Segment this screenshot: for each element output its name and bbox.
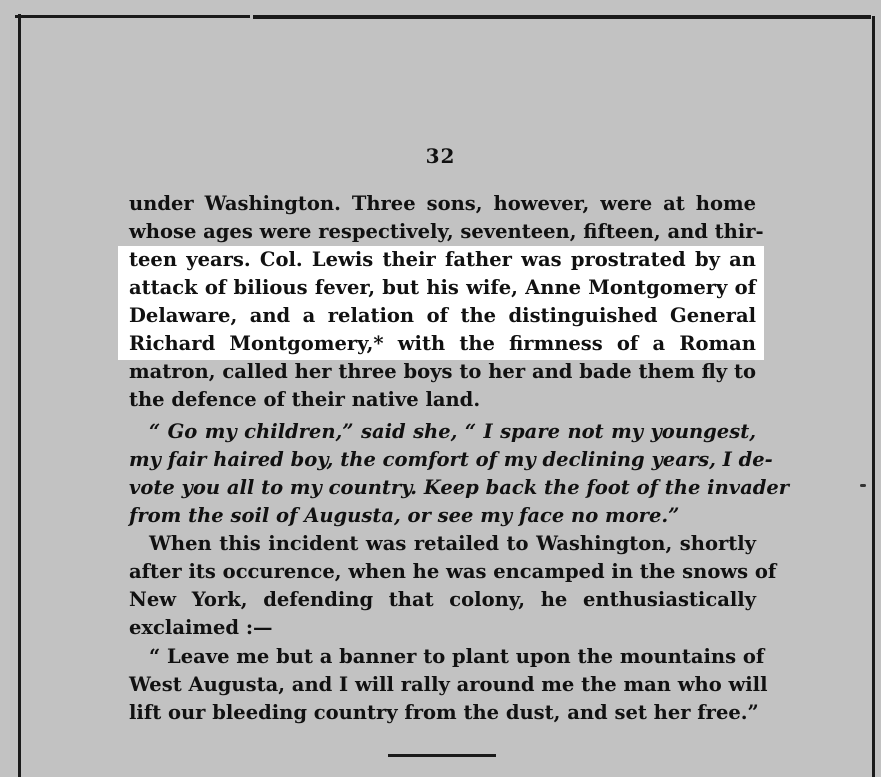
top-rule-right-segment [253,15,871,19]
end-rule [388,754,496,757]
paragraph-1: under Washington. Three sons, however, w… [129,190,756,414]
text-line: after its occurence, when he was encampe… [129,558,756,586]
text-line: from the soil of Augusta, or see my face… [129,502,756,530]
text-line: the defence of their native land. [129,386,756,414]
top-rule-left [15,15,250,18]
paragraph-4-quote: “ Leave me but a banner to plant upon th… [129,643,756,727]
text-line: lift our bleeding country from the dust,… [129,699,756,727]
text-line: When this incident was retailed to Washi… [129,530,756,558]
text-line: exclaimed :— [129,614,756,642]
paragraph-2-quote: “ Go my children,” said she, “ I spare n… [129,418,756,530]
text-line: vote you all to my country. Keep back th… [129,474,756,502]
text-line: whose ages were respectively, seventeen,… [129,218,756,246]
page-border-right [872,16,875,777]
text-line: “ Leave me but a banner to plant upon th… [129,643,756,671]
text-line: “ Go my children,” said she, “ I spare n… [129,418,756,446]
text-line-highlighted: Delaware, and a relation of the distingu… [129,302,756,330]
text-line: matron, called her three boys to her and… [129,358,756,386]
margin-speck [860,484,866,487]
text-line: under Washington. Three sons, however, w… [129,190,756,218]
text-line: my fair haired boy, the comfort of my de… [129,446,756,474]
text-line-highlighted: attack of bilious fever, but his wife, A… [129,274,756,302]
text-line-highlighted: teen years. Col. Lewis their father was … [129,246,756,274]
page-border-left [18,14,21,777]
page-number: 32 [0,144,881,168]
text-line: West Augusta, and I will rally around me… [129,671,756,699]
text-line-highlighted: Richard Montgomery,* with the firmness o… [129,330,756,358]
paragraph-3: When this incident was retailed to Washi… [129,530,756,642]
text-line: New York, defending that colony, he enth… [129,586,756,614]
